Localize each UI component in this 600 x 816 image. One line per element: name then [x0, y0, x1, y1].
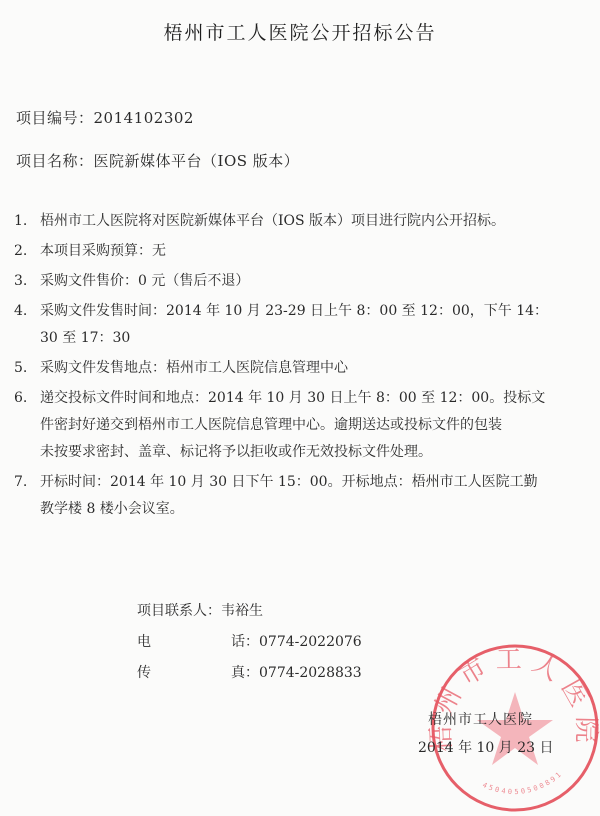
signature-block: 梧州市工人医院 2014 年 10 月 23 日	[418, 706, 554, 762]
contact-fax-label: 传 真：	[137, 658, 259, 689]
item-text: 梧州市工人医院将对医院新媒体平台（IOS 版本）项目进行院内公开招标。	[40, 208, 594, 235]
contact-person-label: 项目联系人：	[137, 596, 221, 627]
contact-block: 项目联系人： 韦裕生 电 话： 0774-2022076 传 真： 0774-2…	[137, 596, 362, 689]
project-name-value: 医院新媒体平台（IOS 版本）	[94, 152, 300, 170]
signature-date: 2014 年 10 月 23 日	[418, 734, 554, 762]
fax-label-char: 真：	[231, 658, 259, 689]
phone-label-char: 电	[137, 627, 151, 658]
item-text-continued: 30 至 17：30	[40, 325, 594, 352]
item-text: 采购文件发售地点：梧州市工人医院信息管理中心	[40, 355, 594, 382]
notice-item-5: 5. 采购文件发售地点：梧州市工人医院信息管理中心	[14, 355, 594, 382]
item-number: 6.	[14, 385, 27, 412]
contact-fax-value: 0774-2028833	[259, 658, 362, 689]
item-number: 7.	[14, 469, 27, 496]
item-text: 本项目采购预算：无	[40, 238, 594, 265]
notice-item-2: 2. 本项目采购预算：无	[14, 238, 594, 265]
item-text: 递交投标文件时间和地点：2014 年 10 月 30 日上午 8：00 至 12…	[40, 385, 594, 412]
notice-item-6: 6. 递交投标文件时间和地点：2014 年 10 月 30 日上午 8：00 至…	[14, 385, 594, 466]
project-name-label: 项目名称：	[16, 152, 94, 170]
document-title: 梧州市工人医院公开招标公告	[0, 18, 600, 45]
item-text: 采购文件售价：0 元（售后不退）	[40, 268, 594, 295]
project-code-label: 项目编号：	[16, 109, 94, 127]
fax-label-char: 传	[137, 658, 151, 689]
notice-item-3: 3. 采购文件售价：0 元（售后不退）	[14, 268, 594, 295]
item-number: 1.	[14, 208, 27, 235]
item-number: 4.	[14, 298, 27, 325]
project-code: 项目编号：2014102302	[16, 107, 194, 128]
item-number: 5.	[14, 355, 27, 382]
notice-item-7: 7. 开标时间：2014 年 10 月 30 日下午 15：00。开标地点：梧州…	[14, 469, 594, 523]
signature-org: 梧州市工人医院	[418, 706, 554, 734]
project-name: 项目名称：医院新媒体平台（IOS 版本）	[16, 150, 299, 171]
svg-text:4504050500891: 4504050500891	[481, 769, 564, 796]
item-text-continued: 件密封好递交到梧州市工人医院信息管理中心。逾期送达或投标文件的包装	[40, 412, 594, 439]
item-text-continued: 教学楼 8 楼小会议室。	[40, 496, 594, 523]
notice-item-4: 4. 采购文件发售时间：2014 年 10 月 23-29 日上午 8：00 至…	[14, 298, 594, 352]
item-text-continued: 未按要求密封、盖章、标记将予以拒收或作无效投标文件处理。	[40, 439, 594, 466]
contact-person-row: 项目联系人： 韦裕生	[137, 596, 362, 627]
contact-phone-label: 电 话：	[137, 627, 259, 658]
contact-fax-row: 传 真： 0774-2028833	[137, 658, 362, 689]
notice-items: 1. 梧州市工人医院将对医院新媒体平台（IOS 版本）项目进行院内公开招标。 2…	[14, 208, 594, 526]
contact-person-name: 韦裕生	[221, 596, 263, 627]
item-text: 采购文件发售时间：2014 年 10 月 23-29 日上午 8：00 至 12…	[40, 298, 594, 325]
phone-label-char: 话：	[231, 627, 259, 658]
project-code-value: 2014102302	[94, 109, 194, 127]
item-number: 3.	[14, 268, 27, 295]
stamp-serial: 4504050500891	[481, 769, 564, 796]
item-text: 开标时间：2014 年 10 月 30 日下午 15：00。开标地点：梧州市工人…	[40, 469, 594, 496]
contact-phone-value: 0774-2022076	[259, 627, 362, 658]
item-number: 2.	[14, 238, 27, 265]
notice-item-1: 1. 梧州市工人医院将对医院新媒体平台（IOS 版本）项目进行院内公开招标。	[14, 208, 594, 235]
contact-phone-row: 电 话： 0774-2022076	[137, 627, 362, 658]
